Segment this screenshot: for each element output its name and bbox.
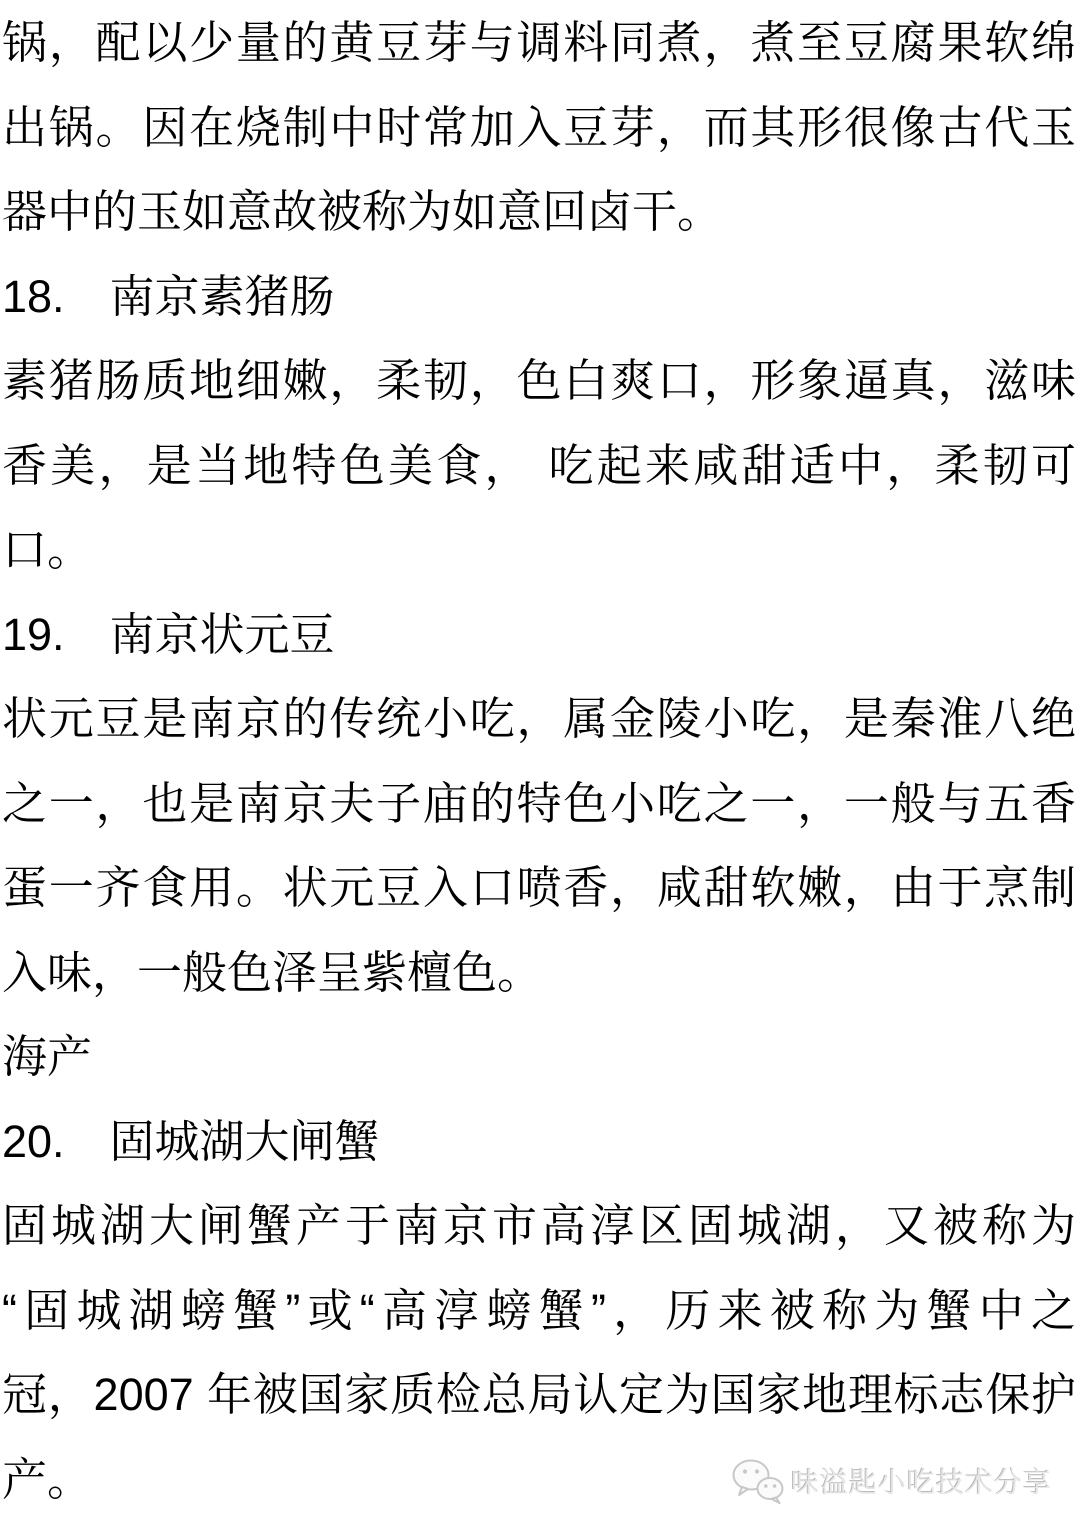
- paragraph: 素猪肠质地细嫩，柔韧，色白爽口，形象逼真，滋味 香美，是当地特色美食， 吃起来咸…: [2, 339, 1076, 593]
- paragraph: 锅，配以少量的黄豆芽与调料同煮，煮至豆腐果软绵 出锅。因在烧制中时常加入豆芽，而…: [2, 1, 1076, 255]
- text-line: 器中的玉如意故被称为如意回卤干。: [2, 170, 1076, 255]
- section-heading-19: 19. 南京状元豆: [2, 593, 1076, 678]
- heading-line: 19. 南京状元豆: [2, 593, 1076, 678]
- paragraph: 状元豆是南京的传统小吃，属金陵小吃，是秦淮八绝 之一，也是南京夫子庙的特色小吃之…: [2, 677, 1076, 1015]
- text-line: 状元豆是南京的传统小吃，属金陵小吃，是秦淮八绝: [2, 677, 1076, 762]
- text-line: 入味，一般色泽呈紫檀色。: [2, 931, 1076, 1016]
- text-line: 素猪肠质地细嫩，柔韧，色白爽口，形象逼真，滋味: [2, 339, 1076, 424]
- text-line: 口。: [2, 508, 1076, 593]
- document-page: 锅，配以少量的黄豆芽与调料同煮，煮至豆腐果软绵 出锅。因在烧制中时常加入豆芽，而…: [0, 0, 1076, 1528]
- section-heading-20: 20. 固城湖大闸蟹: [2, 1100, 1076, 1185]
- text-line: 冠，2007 年被国家质检总局认定为国家地理标志保护: [2, 1353, 1076, 1438]
- label-line: 海产: [2, 1015, 1076, 1100]
- text-line: 锅，配以少量的黄豆芽与调料同煮，煮至豆腐果软绵: [2, 1, 1076, 86]
- watermark-label: 味溢匙小吃技术分享: [791, 1461, 1052, 1501]
- text-line: 之一，也是南京夫子庙的特色小吃之一，一般与五香: [2, 762, 1076, 847]
- text-line: 香美，是当地特色美食， 吃起来咸甜适中，柔韧可: [2, 424, 1076, 509]
- category-label: 海产: [2, 1015, 1076, 1100]
- text-line: 蛋一齐食用。状元豆入口喷香，咸甜软嫩，由于烹制: [2, 846, 1076, 931]
- text-line: 出锅。因在烧制中时常加入豆芽，而其形很像古代玉: [2, 86, 1076, 171]
- heading-line: 18. 南京素猪肠: [2, 255, 1076, 340]
- text-line: “固城湖螃蟹”或“高淳螃蟹”，历来被称为蟹中之: [2, 1269, 1076, 1354]
- heading-line: 20. 固城湖大闸蟹: [2, 1100, 1076, 1185]
- text-line: 固城湖大闸蟹产于南京市高淳区固城湖，又被称为: [2, 1184, 1076, 1269]
- watermark: 味溢匙小吃技术分享: [732, 1458, 1052, 1504]
- section-heading-18: 18. 南京素猪肠: [2, 255, 1076, 340]
- wechat-icon: [732, 1458, 784, 1504]
